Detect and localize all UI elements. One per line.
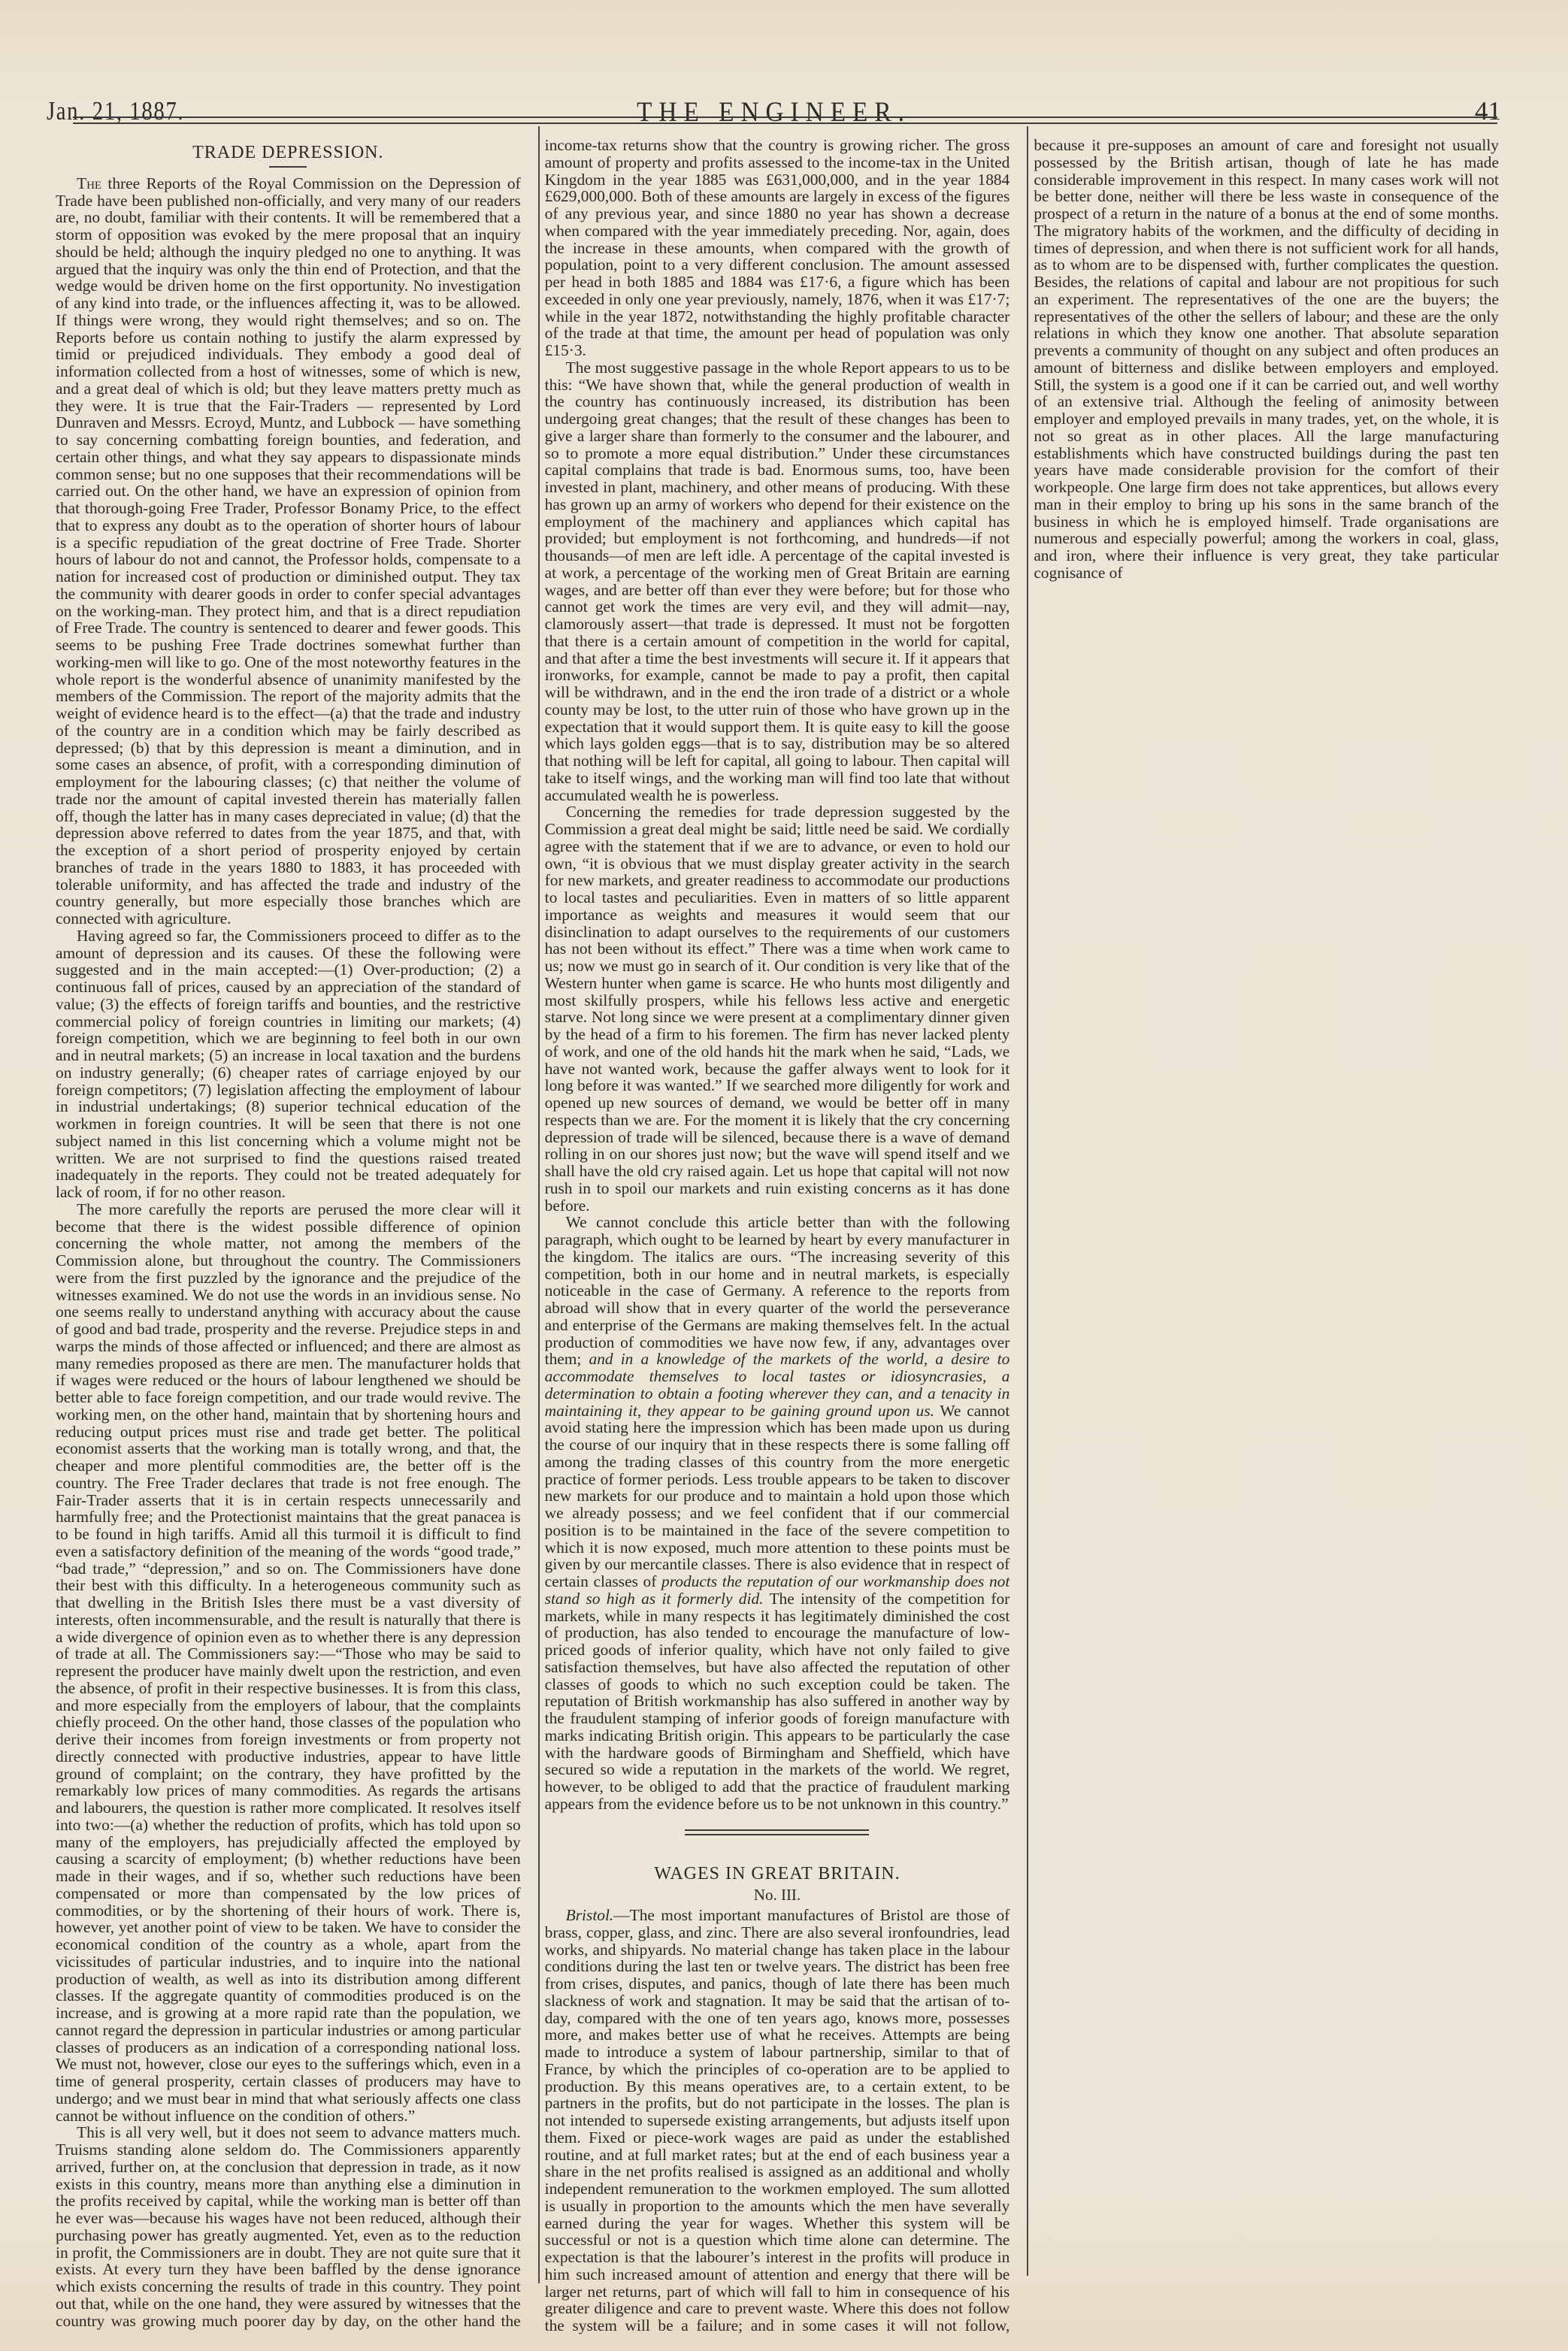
article-title-trade-depression: TRADE DEPRESSION. <box>56 144 521 162</box>
page-number: 41 <box>1475 96 1501 126</box>
trade-paragraph-1: The three Reports of the Royal Commissio… <box>56 175 521 927</box>
article-flow: TRADE DEPRESSION. The three Reports of t… <box>56 137 1499 2339</box>
place-name: Bristol. <box>566 1906 614 1924</box>
header-rule-secondary <box>73 123 1497 124</box>
header-rule <box>73 116 1497 118</box>
trade-paragraph-2: Having agreed so far, the Commissioners … <box>56 927 521 1201</box>
trade-paragraph-7: We cannot conclude this article better t… <box>545 1214 1010 1812</box>
title-rule <box>269 166 307 168</box>
trade-paragraph-3: The more carefully the reports are perus… <box>56 1201 521 2125</box>
article-subtitle: No. III. <box>545 1887 1010 1904</box>
article-title-wages: WAGES IN GREAT BRITAIN. <box>545 1865 1010 1883</box>
masthead: Jan. 21, 1887. THE ENGINEER. 41 <box>47 96 1501 135</box>
lead-word: The <box>77 174 101 192</box>
trade-paragraph-6: Concerning the remedies for trade depres… <box>545 803 1010 1214</box>
trade-paragraph-5: The most suggestive passage in the whole… <box>545 359 1010 804</box>
section-separator <box>685 1829 869 1835</box>
